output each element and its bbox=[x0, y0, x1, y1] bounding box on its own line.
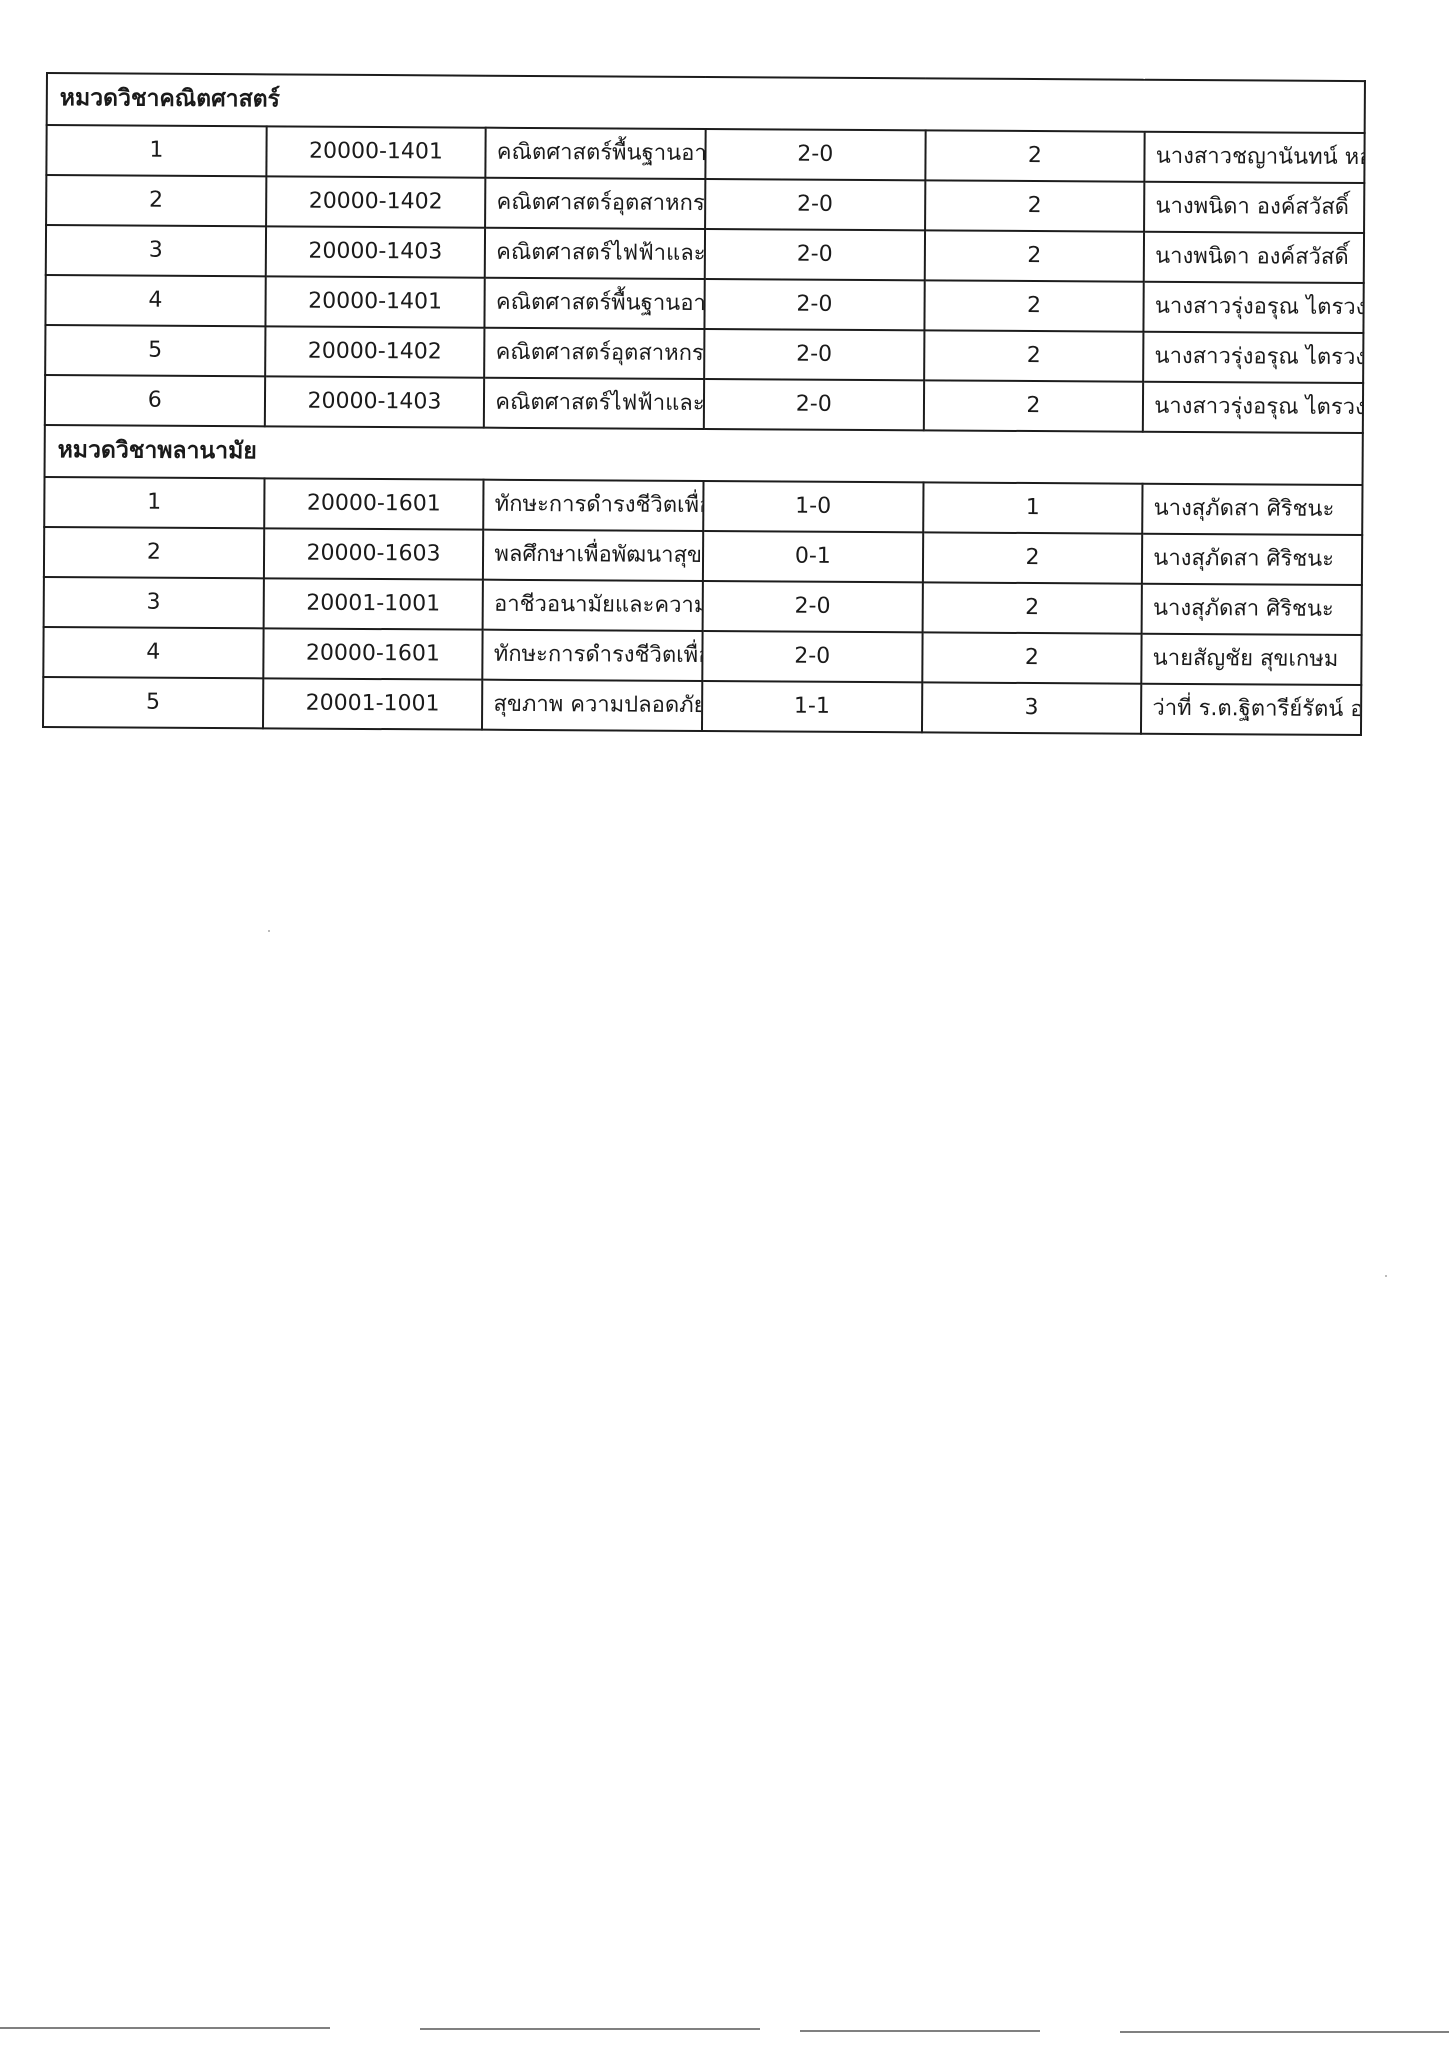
table-row: 220000-1402คณิตศาสตร์อุตสาหกรรม2-02นางพน… bbox=[46, 175, 1364, 233]
row-number: 2 bbox=[44, 527, 264, 578]
course-table-body: หมวดวิชาคณิตศาสตร์120000-1401คณิตศาสตร์พ… bbox=[43, 73, 1365, 735]
course-credits: 1 bbox=[923, 482, 1143, 533]
section-title: หมวดวิชาคณิตศาสตร์ bbox=[47, 73, 1365, 133]
table-row: 320000-1403คณิตศาสตร์ไฟฟ้าและอิเล็กทรอนิ… bbox=[46, 225, 1364, 283]
table-row: 120000-1401คณิตศาสตร์พื้นฐานอาชีพ2-02นาง… bbox=[46, 125, 1364, 183]
table-row: 520000-1402คณิตศาสตร์อุตสาหกรรม **2-02นา… bbox=[45, 325, 1363, 383]
course-hours: 2-0 bbox=[702, 631, 922, 682]
course-credits: 2 bbox=[922, 582, 1142, 633]
course-code: 20000-1403 bbox=[265, 226, 485, 277]
section-title: หมวดวิชาพลานามัย bbox=[45, 425, 1363, 485]
row-number: 4 bbox=[45, 275, 265, 326]
scan-artifact-line bbox=[0, 2027, 330, 2029]
teacher-name: นางพนิดา องค์สวัสดิ์ bbox=[1144, 182, 1364, 233]
course-credits: 2 bbox=[925, 180, 1145, 231]
course-code: 20001-1001 bbox=[263, 678, 483, 729]
course-name: คณิตศาสตร์ไฟฟ้าและอิเล็กทรอนิกส์ ** bbox=[484, 378, 704, 429]
course-hours: 2-0 bbox=[705, 129, 925, 180]
section-header-row: หมวดวิชาคณิตศาสตร์ bbox=[47, 73, 1365, 133]
teacher-name: นางสาวรุ่งอรุณ ไตรวงษ์ bbox=[1144, 282, 1364, 333]
course-code: 20000-1401 bbox=[265, 276, 485, 327]
course-code: 20000-1603 bbox=[264, 528, 484, 579]
course-credits: 2 bbox=[924, 230, 1144, 281]
course-credits: 2 bbox=[924, 280, 1144, 331]
table-row: 120000-1601ทักษะการดำรงชีวิตเพื่อสุขภาวะ… bbox=[44, 477, 1362, 535]
course-code: 20000-1402 bbox=[266, 176, 486, 227]
table-row: 520001-1001สุขภาพ ความปลอดภัยและสิ่งแวดล… bbox=[43, 677, 1361, 735]
row-number: 6 bbox=[45, 375, 265, 426]
course-hours: 0-1 bbox=[703, 531, 923, 582]
table-row: 420000-1601ทักษะการดำรงชีวิตเพื่อสุขภาวะ… bbox=[43, 627, 1361, 685]
course-name: สุขภาพ ความปลอดภัยและสิ่งแวดล้อม ** bbox=[482, 680, 702, 731]
course-hours: 1-1 bbox=[702, 681, 922, 732]
course-hours: 2-0 bbox=[705, 179, 925, 230]
row-number: 3 bbox=[44, 577, 264, 628]
course-name: คณิตศาสตร์อุตสาหกรรม bbox=[485, 178, 705, 229]
teacher-name: นางพนิดา องค์สวัสดิ์ bbox=[1144, 232, 1364, 283]
course-credits: 2 bbox=[922, 632, 1142, 683]
course-hours: 2-0 bbox=[703, 581, 923, 632]
section-header-row: หมวดวิชาพลานามัย bbox=[45, 425, 1363, 485]
scan-artifact-line bbox=[1120, 2031, 1449, 2033]
table-row: 620000-1403คณิตศาสตร์ไฟฟ้าและอิเล็กทรอนิ… bbox=[45, 375, 1363, 433]
course-hours: 2-0 bbox=[704, 329, 924, 380]
row-number: 1 bbox=[46, 125, 266, 176]
course-credits: 2 bbox=[924, 330, 1144, 381]
course-code: 20000-1601 bbox=[264, 478, 484, 529]
course-hours: 2-0 bbox=[705, 229, 925, 280]
row-number: 2 bbox=[46, 175, 266, 226]
teacher-name: นางสาวรุ่งอรุณ ไตรวงษ์ bbox=[1143, 332, 1363, 383]
course-name: อาชีวอนามัยและความปลอดภัย bbox=[483, 580, 703, 631]
row-number: 4 bbox=[43, 627, 263, 678]
course-credits: 2 bbox=[923, 532, 1143, 583]
scan-artifact-dot bbox=[268, 930, 270, 932]
course-code: 20001-1001 bbox=[263, 578, 483, 629]
scan-artifact-line bbox=[420, 2028, 760, 2030]
course-code: 20000-1401 bbox=[266, 126, 486, 177]
table-row: 420000-1401คณิตศาสตร์พื้นฐานอาชีพ **2-02… bbox=[45, 275, 1363, 333]
course-credits: 2 bbox=[925, 130, 1145, 181]
course-code: 20000-1402 bbox=[265, 326, 485, 377]
course-name: ทักษะการดำรงชีวิตเพื่อสุขภาวะ bbox=[484, 480, 704, 531]
teacher-name: นางสุภัดสา ศิริชนะ bbox=[1142, 484, 1362, 535]
row-number: 5 bbox=[45, 325, 265, 376]
course-credits: 3 bbox=[922, 682, 1142, 733]
course-name: คณิตศาสตร์พื้นฐานอาชีพ ** bbox=[485, 278, 705, 329]
teacher-name: นางสาวรุ่งอรุณ ไตรวงษ์ bbox=[1143, 382, 1363, 433]
row-number: 3 bbox=[46, 225, 266, 276]
table-row: 220000-1603พลศึกษาเพื่อพัฒนาสุขภาพ0-12นา… bbox=[44, 527, 1362, 585]
course-code: 20000-1601 bbox=[263, 628, 483, 679]
teacher-name: นางสุภัดสา ศิริชนะ bbox=[1142, 534, 1362, 585]
table-row: 320001-1001อาชีวอนามัยและความปลอดภัย2-02… bbox=[44, 577, 1362, 635]
teacher-name: นางสาวชญานันทน์ หอมจิตร bbox=[1145, 132, 1365, 183]
row-number: 1 bbox=[44, 477, 264, 528]
course-name: คณิตศาสตร์พื้นฐานอาชีพ bbox=[486, 128, 706, 179]
teacher-name: ว่าที่ ร.ต.ฐิตารีย์รัตน์ อาญาเมือง bbox=[1141, 684, 1361, 735]
scan-artifact-dot bbox=[1385, 1275, 1387, 1277]
scan-artifact-line bbox=[800, 2030, 1040, 2032]
course-name: ทักษะการดำรงชีวิตเพื่อสุขภาวะ ** bbox=[483, 630, 703, 681]
course-name: พลศึกษาเพื่อพัฒนาสุขภาพ bbox=[483, 530, 703, 581]
teacher-name: นายสัญชัย สุขเกษม bbox=[1142, 634, 1362, 685]
teacher-name: นางสุภัดสา ศิริชนะ bbox=[1142, 584, 1362, 635]
course-hours: 1-0 bbox=[703, 481, 923, 532]
course-hours: 2-0 bbox=[704, 279, 924, 330]
course-credits: 2 bbox=[923, 380, 1143, 431]
row-number: 5 bbox=[43, 677, 263, 728]
course-name: คณิตศาสตร์ไฟฟ้าและอิเล็กทรอนิกส์ bbox=[485, 228, 705, 279]
course-code: 20000-1403 bbox=[264, 376, 484, 427]
course-hours: 2-0 bbox=[704, 379, 924, 430]
course-name: คณิตศาสตร์อุตสาหกรรม ** bbox=[484, 328, 704, 379]
course-table: หมวดวิชาคณิตศาสตร์120000-1401คณิตศาสตร์พ… bbox=[42, 72, 1366, 736]
